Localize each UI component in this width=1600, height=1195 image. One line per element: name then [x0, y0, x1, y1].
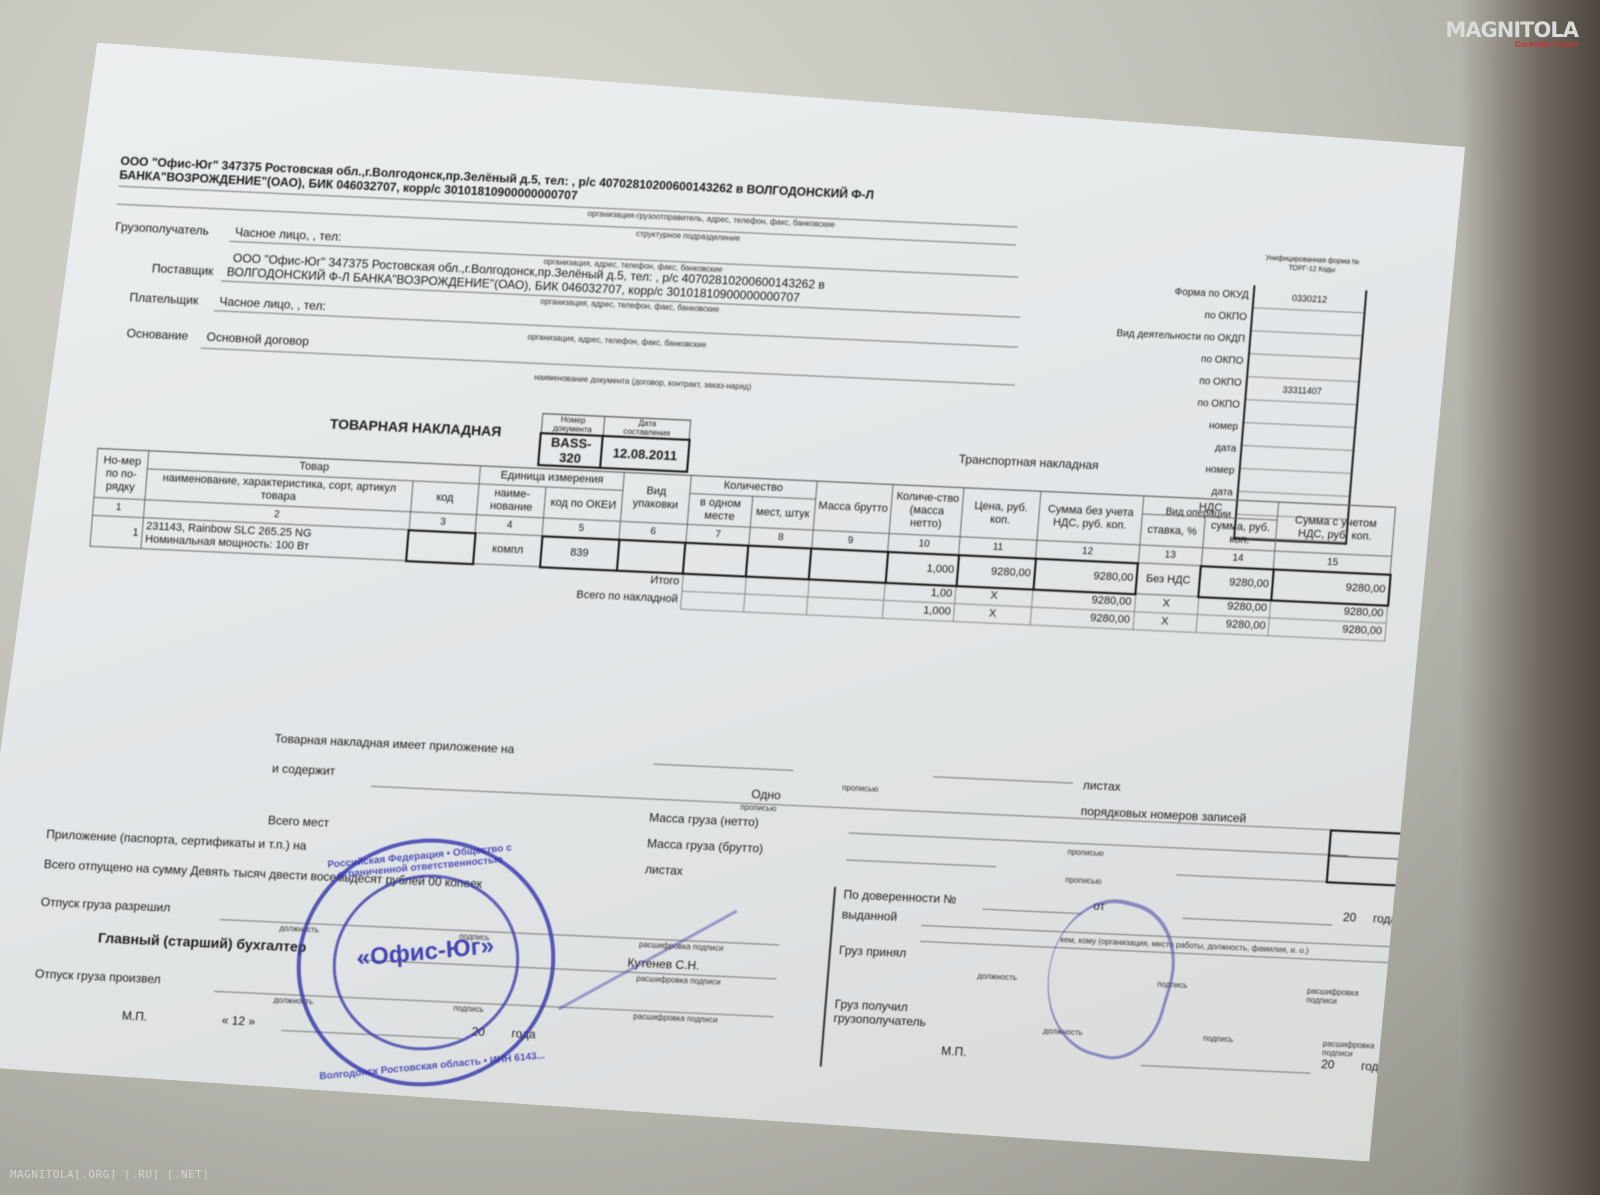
watermark-footer: MAGNITOLA[.ORG] [.RU] [.NET] [10, 1168, 209, 1181]
company-stamp: Российская Федерация • Общество с ограни… [290, 827, 563, 1098]
release-date: « 12 » [221, 1013, 255, 1028]
appendix-text: Товарная накладная имеет приложение на [274, 731, 515, 756]
doc-date: 12.08.2011 [601, 436, 690, 472]
logo-text: MAGNITOLA [1445, 18, 1578, 42]
chief-accountant-label: Главный (старший) бухгалтер [97, 930, 306, 955]
release-done-label: Отпуск груза произвел [34, 967, 161, 987]
mass-box [1326, 829, 1454, 888]
gross-mass-label: Масса груза (брутто) [647, 836, 764, 855]
payer-caption: организация, адрес, телефон, факс, банко… [527, 332, 707, 349]
footer-divider [820, 887, 836, 1067]
doc-number-table: Номер документаДата составления BASS-320… [537, 413, 692, 473]
supplier-label: Поставщик [151, 261, 214, 278]
codes-header: Унифицированная форма № ТОРГ-12 Коды [1257, 253, 1368, 276]
basis-caption: наименование документа (договор, контрак… [534, 373, 752, 392]
background-edge [1460, 0, 1600, 1195]
power-of-attorney-label: По доверенности № [843, 887, 957, 906]
stamp-ring-bottom: Волгодонск Ростовская область • ИНН 6143… [307, 1049, 558, 1083]
contains-text: и содержит [272, 761, 336, 778]
consignee-label: Грузополучатель [115, 220, 210, 238]
total-places-label: Всего мест [267, 813, 329, 830]
transport-label: Транспортная накладная [958, 452, 1099, 472]
paper-sheet: ООО "Офис-Юг" 347375 Ростовская обл.,г.В… [0, 40, 1469, 1162]
invoice-document: ООО "Офис-Юг" 347375 Ростовская обл.,г.В… [121, 154, 1420, 213]
basis-label: Основание [126, 326, 189, 343]
release-allowed-label: Отпуск груза разрешил [40, 895, 171, 915]
codes-labels: Форма по ОКУД по ОКПО Вид деятельности п… [1074, 278, 1249, 526]
cargo-received-label: Груз получил грузополучатель [833, 997, 965, 1031]
watermark-logo: MAGNITOLA CarAudio Forum [1445, 18, 1578, 49]
signature-stroke [558, 910, 737, 1011]
recipient-signature [1028, 887, 1192, 1070]
cargo-accepted-label: Груз принял [838, 943, 906, 960]
net-mass-label: Масса груза (нетто) [649, 810, 760, 829]
document-title: ТОВАРНАЯ НАКЛАДНАЯ [329, 416, 502, 440]
payer-label: Плательщик [129, 290, 199, 307]
basis-value: Основной договор [206, 330, 309, 349]
attachment-text: Приложение (паспорта, сертификаты и т.п.… [46, 827, 307, 853]
records-count: Одно [751, 787, 781, 802]
issued-label: выданной [841, 907, 897, 923]
doc-number: BASS-320 [538, 433, 603, 468]
